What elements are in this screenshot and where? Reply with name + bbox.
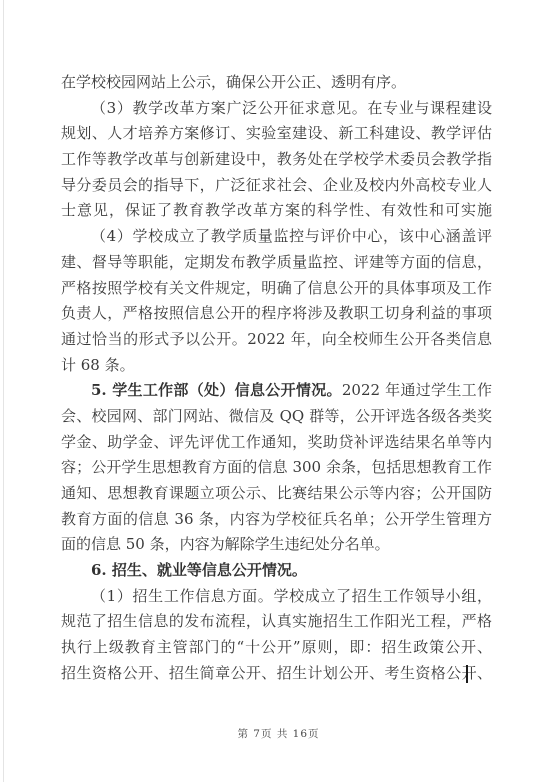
text-line: 严格按照学校有关文件规定，明确了信息公开的具体事项及工作 [61,276,492,302]
text-line: 通知、思想教育课题立项公示、比赛结果公示等内容；公开国防 [61,481,492,507]
text-run: 工作等教学改革与创新建设中，教务处在学校学术委员会教学指 [61,150,492,168]
text-line: 执行上级教育主管部门的“十公开”原则，即：招生政策公开、 [61,635,492,661]
text-line: 工作等教学改革与创新建设中，教务处在学校学术委员会教学指 [61,147,492,173]
text-line: 容；公开学生思想教育方面的信息 300 余条，包括思想教育工作 [61,455,492,481]
text-line: 在学校校园网站上公示，确保公开公正、透明有序。 [61,70,492,96]
text-line: 规范了招生信息的发布流程，认真实施招生工作阳光工程，严格 [61,609,492,635]
text-run: 会、校园网、部门网站、微信及 QQ 群等，公开评选各级各类奖 [61,407,492,425]
section-heading-run: 5. 学生工作部（处）信息公开情况。 [91,381,342,399]
page-footer: 第 7页 共 16页 [0,726,557,741]
document-body: 在学校校园网站上公示，确保公开公正、透明有序。 （3）教学改革方案广泛公开征求意… [61,70,492,687]
text-line: 教育方面的信息 36 条，内容为学校征兵名单；公开学生管理方 [61,507,492,533]
text-run: 建、督导等职能，定期发布教学质量监控、评建等方面的信息， [61,253,492,271]
text-line: 计 68 条。 [61,353,492,379]
text-line: 招生资格公开、招生简章公开、招生计划公开、考生资格公开、 [61,661,492,687]
text-run: 招生资格公开、招生简章公开、招生计划公开、考生资格公开、 [61,664,492,682]
text-line: （1）招生工作信息方面。学校成立了招生工作领导小组， [61,584,492,610]
text-run: （1）招生工作信息方面。学校成立了招生工作领导小组， [91,587,492,605]
text-run: 面的信息 50 条，内容为解除学生违纪处分名单。 [61,535,390,553]
page-left-edge [3,0,4,782]
text-run: 学金、助学金、评先评优工作通知，奖助贷补评选结果名单等内 [61,433,492,451]
document-page: 在学校校园网站上公示，确保公开公正、透明有序。 （3）教学改革方案广泛公开征求意… [0,0,557,782]
text-line: 会、校园网、部门网站、微信及 QQ 群等，公开评选各级各类奖 [61,404,492,430]
text-line: 士意见，保证了教育教学改革方案的科学性、有效性和可实施性。 [61,198,492,224]
text-line: 导分委员会的指导下，广泛征求社会、企业及校内外高校专业人 [61,173,492,199]
text-line: 通过恰当的形式予以公开。2022 年，向全校师生公开各类信息共 [61,327,492,353]
text-line: 5. 学生工作部（处）信息公开情况。2022 年通过学生工作例 [61,378,492,404]
text-run: 容；公开学生思想教育方面的信息 300 余条，包括思想教育工作 [61,458,492,476]
section-heading-run: 6. 招生、就业等信息公开情况。 [91,561,307,579]
text-run: 计 68 条。 [61,356,135,374]
text-run: 负责人，严格按照信息公开的程序将涉及教职工切身利益的事项 [61,304,492,322]
text-line: （4）学校成立了教学质量监控与评价中心，该中心涵盖评 [61,224,492,250]
text-line: 6. 招生、就业等信息公开情况。 [61,558,492,584]
text-line: （3）教学改革方案广泛公开征求意见。在专业与课程建设 [61,96,492,122]
text-run: 教育方面的信息 36 条，内容为学校征兵名单；公开学生管理方 [61,510,492,528]
text-run: 在学校校园网站上公示，确保公开公正、透明有序。 [61,73,406,91]
text-line: 规划、人才培养方案修订、实验室建设、新工科建设、教学评估 [61,121,492,147]
text-run: 规划、人才培养方案修订、实验室建设、新工科建设、教学评估 [61,124,492,142]
text-line: 面的信息 50 条，内容为解除学生违纪处分名单。 [61,532,492,558]
text-line: 负责人，严格按照信息公开的程序将涉及教职工切身利益的事项 [61,301,492,327]
text-run: 导分委员会的指导下，广泛征求社会、企业及校内外高校专业人 [61,176,492,194]
page-number-label: 第 7页 共 16页 [237,728,319,740]
text-run: 规范了招生信息的发布流程，认真实施招生工作阳光工程，严格 [61,612,492,630]
text-run: 士意见，保证了教育教学改革方案的科学性、有效性和可实施性。 [61,201,492,224]
text-run: 严格按照学校有关文件规定，明确了信息公开的具体事项及工作 [61,279,492,297]
text-line: 学金、助学金、评先评优工作通知，奖助贷补评选结果名单等内 [61,430,492,456]
text-run: 通知、思想教育课题立项公示、比赛结果公示等内容；公开国防 [61,484,492,502]
text-cursor[interactable] [466,665,468,683]
text-run: 执行上级教育主管部门的“十公开”原则，即：招生政策公开、 [61,638,492,656]
text-run: （4）学校成立了教学质量监控与评价中心，该中心涵盖评 [91,227,492,245]
text-run: （3）教学改革方案广泛公开征求意见。在专业与课程建设 [91,99,492,117]
text-line: 建、督导等职能，定期发布教学质量监控、评建等方面的信息， [61,250,492,276]
text-run: 通过恰当的形式予以公开。2022 年，向全校师生公开各类信息共 [61,330,492,353]
